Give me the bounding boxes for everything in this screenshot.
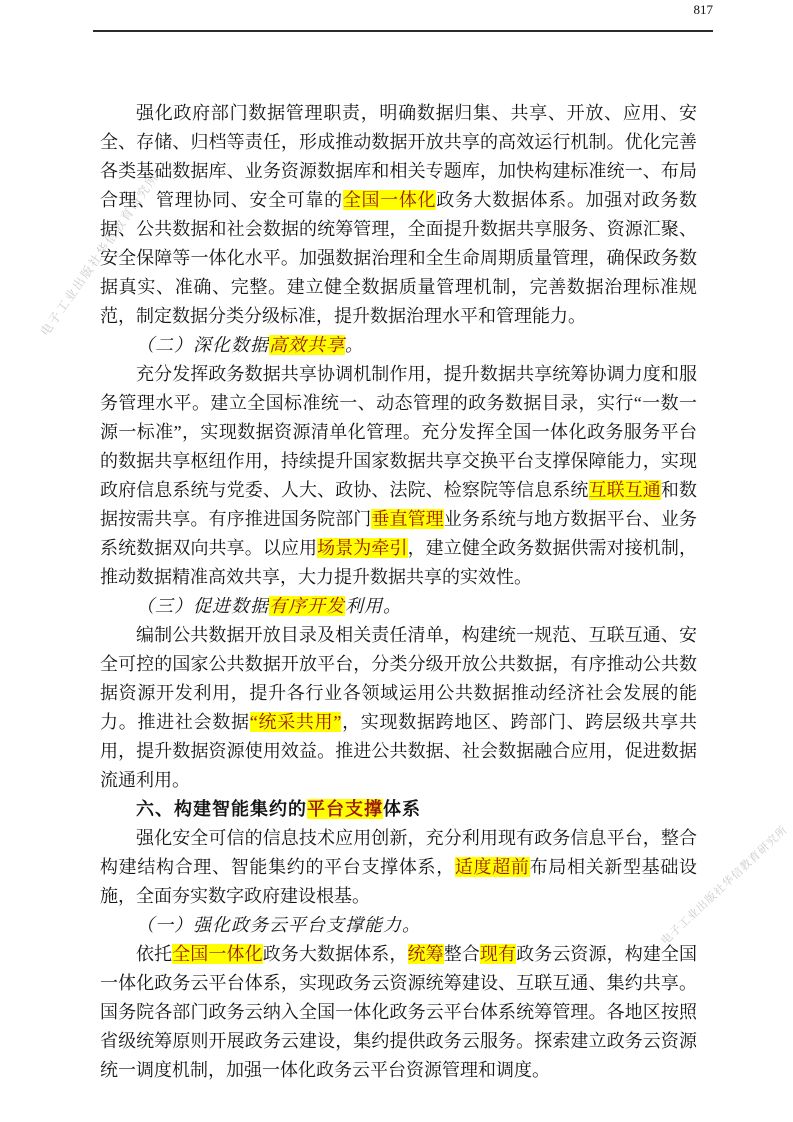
text-run: 政务大数据体系， [263,944,408,964]
highlighted-text: 互联互通 [589,480,661,500]
highlighted-text: 全国一体化 [343,190,436,210]
highlighted-text: 统筹 [408,944,444,964]
paragraph: 依托全国一体化政务大数据体系，统筹整合现有政务云资源，构建全国一体化政务云平台体… [100,940,697,1085]
text-run: 政务云资源，构建全国一体化政务云平台体系，实现政务云资源统筹建设、互联互通、集约… [100,944,697,1080]
text-run: 利用。 [345,596,402,616]
section-heading: 六、构建智能集约的平台支撑体系 [100,795,697,824]
text-run: 六、构建智能集约的 [136,799,307,819]
highlighted-text: 有序开发 [269,596,345,616]
section-heading: （三）促进数据有序开发利用。 [100,592,697,621]
paragraph: 编制公共数据开放目录及相关责任清单，构建统一规范、互联互通、安全可控的国家公共数… [100,621,697,795]
document-body: 强化政府部门数据管理职责，明确数据归集、共享、开放、应用、安全、存储、归档等责任… [100,99,697,1085]
text-run: 体系 [383,799,421,819]
highlighted-text: “统采共用” [250,712,342,732]
text-run: 。 [345,335,364,355]
text-run: 整合 [444,944,480,964]
text-run: 政务大数据体系。加强对政务数据、公共数据和社会数据的统筹管理，全面提升数据共享服… [100,190,697,326]
highlighted-text: 全国一体化 [172,944,263,964]
page-number: 817 [694,2,714,18]
paragraph: 充分发挥政务数据共享协调机制作用，提升数据共享统筹协调力度和服务管理水平。建立全… [100,360,697,592]
highlighted-text: 垂直管理 [371,509,443,529]
section-heading: （二）深化数据高效共享。 [100,331,697,360]
paragraph: 强化安全可信的信息技术应用创新，充分利用现有政务信息平台，整合构建结构合理、智能… [100,824,697,911]
highlighted-text: 适度超前 [455,857,530,877]
text-run: （一）强化政务云平台支撑能力。 [136,915,421,935]
highlighted-text: 现有 [480,944,516,964]
text-run: 依托 [136,944,172,964]
section-heading: （一）强化政务云平台支撑能力。 [100,911,697,940]
text-run: （三）促进数据 [136,596,269,616]
paragraph: 强化政府部门数据管理职责，明确数据归集、共享、开放、应用、安全、存储、归档等责任… [100,99,697,331]
highlighted-text: 平台支撑 [307,799,383,819]
highlighted-text: 高效共享 [269,335,345,355]
header-rule [93,30,713,32]
highlighted-text: 场景为牵引 [317,538,407,558]
document-page: 电子工业出版社华信教育研究所 电子工业出版社华信教育研究所 817 强化政府部门… [0,0,793,1122]
text-run: （二）深化数据 [136,335,269,355]
